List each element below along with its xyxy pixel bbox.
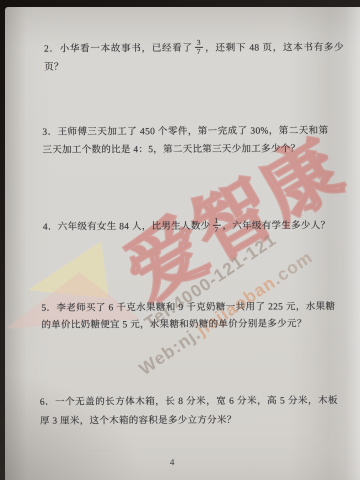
question-2-text-before-fraction: 2．小华看一本故事书，已经看了 xyxy=(44,44,193,55)
page-content: 爱智康 Tel:4000-121-121 Web:nj.jiajiaoban.c… xyxy=(4,6,360,480)
question-2: 2．小华看一本故事书，已经看了37，还剩下 48 页，这本书有多少页？ xyxy=(44,38,344,77)
question-4-text-after-fraction: ，六年级有学生多少人？ xyxy=(222,221,330,232)
question-6: 6．一个无盖的长方体木箱，长 8 分米，宽 6 分米，高 5 分米，木板厚 3 … xyxy=(40,392,338,431)
question-4: 4．六年级有女生 84 人，比男生人数少17，六年级有学生多少人？ xyxy=(43,216,348,237)
question-5: 5．李老师买了 6 千克水果糖和 9 千克奶糖一共用了 225 元，水果糖的单价… xyxy=(41,299,335,334)
question-4-text-before-fraction: 4．六年级有女生 84 人，比男生人数少 xyxy=(43,222,211,233)
question-4-fraction: 17 xyxy=(212,217,220,235)
watermark-web-tld: .com xyxy=(268,247,316,289)
fraction-denominator: 7 xyxy=(195,48,203,56)
page-number: 4 xyxy=(6,456,338,468)
question-3: 3．王师傅三天加工了 450 个零件，第一完成了 30%，第二天和第三天加工个数… xyxy=(42,122,328,160)
fraction-denominator: 7 xyxy=(212,226,220,234)
worksheet-paper: 爱智康 Tel:4000-121-121 Web:nj.jiajiaoban.c… xyxy=(5,7,360,480)
question-2-fraction: 37 xyxy=(195,39,203,57)
